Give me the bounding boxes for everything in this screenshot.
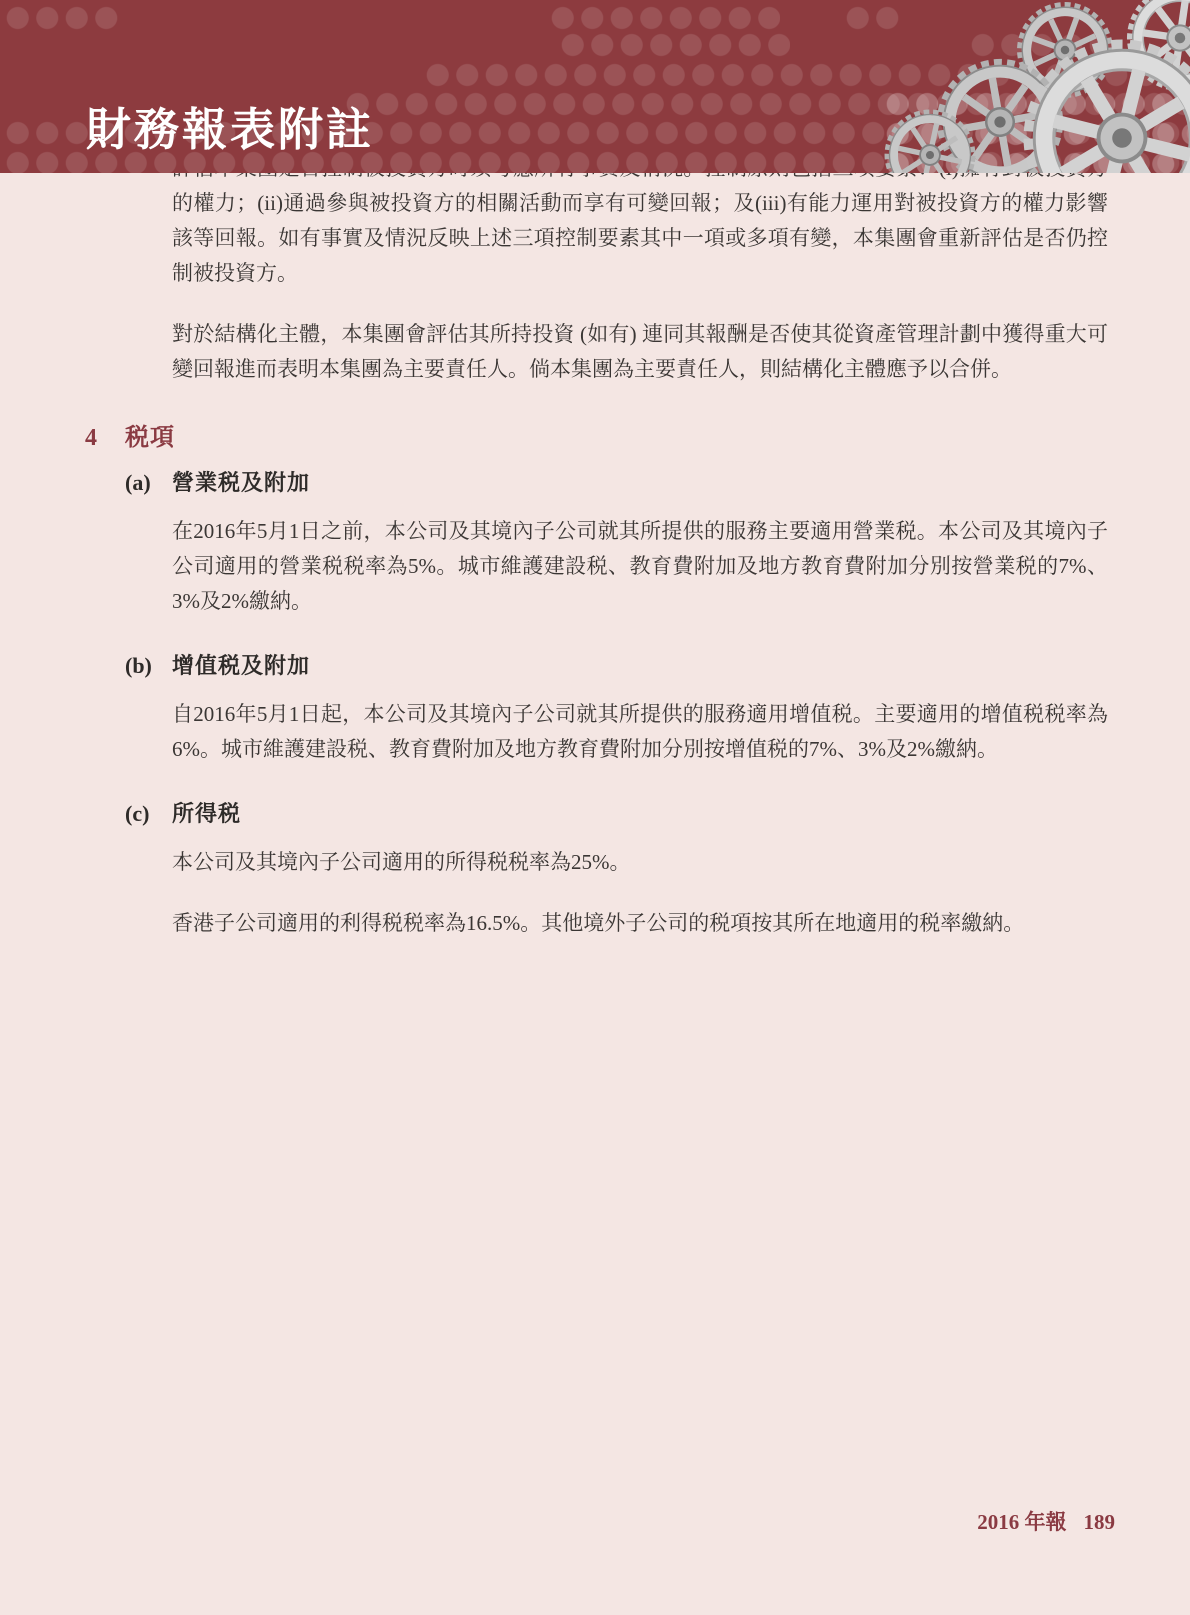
page-banner: 財務報表附註 xyxy=(0,0,1190,173)
paragraph: 在2016年5月1日之前，本公司及其境內子公司就其所提供的服務主要適用營業税。本… xyxy=(172,514,1108,619)
report-label: 2016 年報 xyxy=(977,1510,1066,1534)
subsection-c: (c) 所得税 本公司及其境內子公司適用的所得税税率為25%。 香港子公司適用的… xyxy=(125,797,1108,941)
section-4: 4 税項 (a) 營業税及附加 在2016年5月1日之前，本公司及其境內子公司就… xyxy=(85,417,1108,941)
subsection-title: 營業税及附加 xyxy=(172,466,310,497)
section-title: 税項 xyxy=(125,417,175,452)
paragraph: 自2016年5月1日起，本公司及其境內子公司就其所提供的服務適用增值税。主要適用… xyxy=(172,697,1108,767)
gears-image xyxy=(850,0,1190,173)
subsection-a: (a) 營業税及附加 在2016年5月1日之前，本公司及其境內子公司就其所提供的… xyxy=(125,466,1108,619)
section-heading: 4 税項 xyxy=(85,417,1108,452)
subsection-b: (b) 增值税及附加 自2016年5月1日起，本公司及其境內子公司就其所提供的服… xyxy=(125,649,1108,767)
subsection-heading: (b) 增值税及附加 xyxy=(125,649,1108,680)
section-number: 4 xyxy=(85,425,125,452)
subsection-body: 評估本集團是否控制被投資方時須考慮所有事實及情況。控制原則包括三項要素：(i)擁… xyxy=(172,151,1108,387)
subsection-body: 在2016年5月1日之前，本公司及其境內子公司就其所提供的服務主要適用營業税。本… xyxy=(172,514,1108,619)
subsection-heading: (a) 營業税及附加 xyxy=(125,466,1108,497)
dot-pattern xyxy=(0,0,120,30)
page-title: 財務報表附註 xyxy=(86,103,374,157)
subsection-label: (b) xyxy=(125,653,172,679)
page-number: 189 xyxy=(1084,1510,1116,1534)
subsection-label: (c) xyxy=(125,801,172,827)
content: 3 重大會計判斷及估計(續) (g) 釐定合併範疇 評估本集團是否控制被投資方時… xyxy=(0,54,1190,941)
subsection-title: 增值税及附加 xyxy=(172,649,310,680)
subsection-label: (a) xyxy=(125,470,172,496)
page-footer: 2016 年報189 xyxy=(977,1506,1115,1536)
report-page: 財務報表附註 (除另有説明外，金額單位為人民幣元) 3 重大會計判斷及估計(續)… xyxy=(0,0,1190,1615)
paragraph: 香港子公司適用的利得税税率為16.5%。其他境外子公司的税項按其所在地適用的税率… xyxy=(172,906,1108,941)
subsection-body: 自2016年5月1日起，本公司及其境內子公司就其所提供的服務適用增值税。主要適用… xyxy=(172,697,1108,767)
section-title-text: 税項 xyxy=(125,425,175,451)
subsection-heading: (c) 所得税 xyxy=(125,797,1108,828)
paragraph: 本公司及其境內子公司適用的所得税税率為25%。 xyxy=(172,845,1108,880)
subsection-body: 本公司及其境內子公司適用的所得税税率為25%。 香港子公司適用的利得税税率為16… xyxy=(172,845,1108,941)
dot-pattern xyxy=(555,27,790,58)
paragraph: 對於結構化主體，本集團會評估其所持投資 (如有) 連同其報酬是否使其從資產管理計… xyxy=(172,317,1108,387)
subsection-title: 所得税 xyxy=(172,797,241,828)
dot-pattern xyxy=(545,0,780,30)
